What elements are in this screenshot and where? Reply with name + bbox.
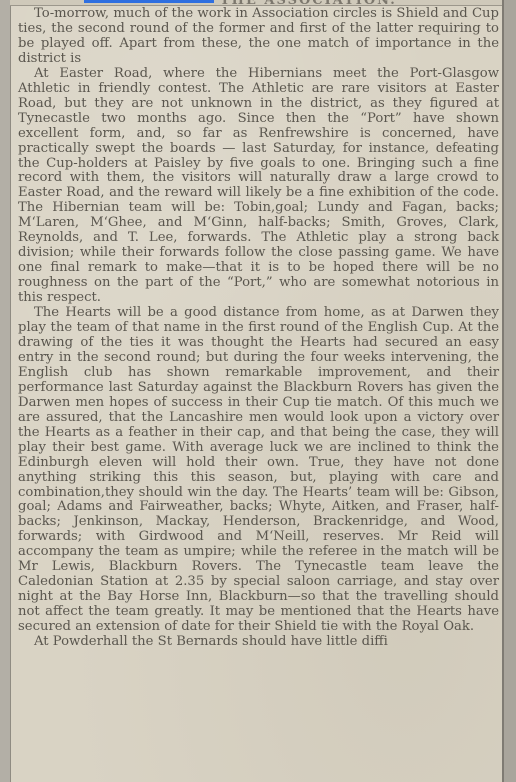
- scan-frame-right: [502, 0, 516, 782]
- paragraph-powderhall-cut: At Powderhall the St Bernards should hav…: [18, 635, 499, 650]
- article-column: To-morrow, much of the work in Associati…: [18, 7, 499, 650]
- paragraph-easter-road: At Easter Road, where the Hibernians mee…: [18, 67, 499, 306]
- paragraph-hearts-darwen: The Hearts will be a good distance from …: [18, 306, 499, 635]
- paragraph-intro: To-morrow, much of the work in Associati…: [18, 7, 499, 67]
- newspaper-clipping: To-morrow, much of the work in Associati…: [11, 6, 502, 782]
- search-highlight-bar: [84, 0, 214, 3]
- scan-frame-left: [0, 0, 11, 782]
